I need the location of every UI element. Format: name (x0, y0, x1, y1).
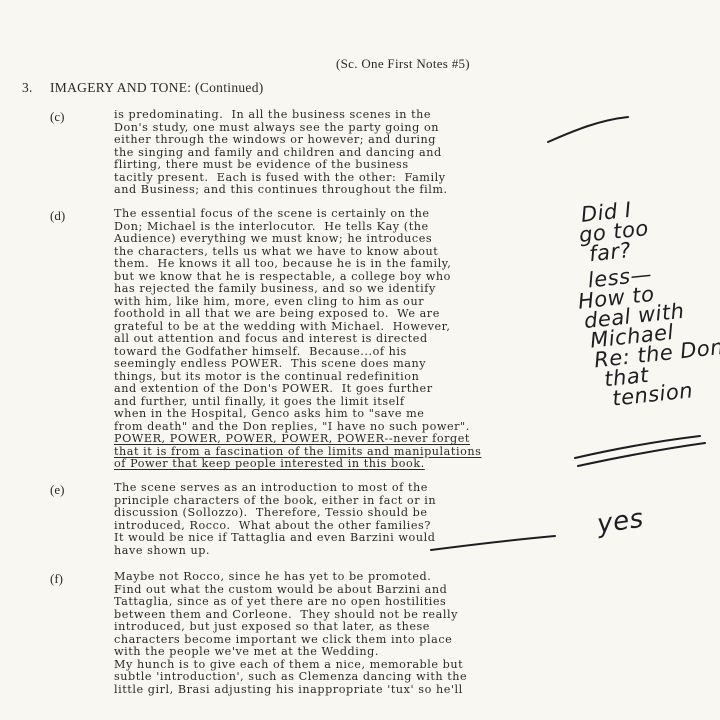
text-line: The scene serves as an introduction to m… (114, 482, 584, 495)
text-line: all out attention and focus and interest… (114, 333, 584, 346)
text-line: seemingly endless POWER. This scene does… (114, 358, 584, 371)
text-line: Maybe not Rocco, since he has yet to be … (114, 571, 584, 584)
section-heading: 3.IMAGERY AND TONE: (Continued) (22, 80, 264, 96)
page-header-note: (Sc. One First Notes #5) (336, 56, 470, 72)
text-line: has rejected the family business, and so… (114, 283, 584, 296)
handwritten-margin-note: Did I go too far? less— How to deal with… (580, 192, 720, 410)
text-line: with the people we've met at the Wedding… (114, 646, 584, 659)
text-line: and Business; and this continues through… (114, 184, 584, 197)
text-line: of Power that keep people interested in … (114, 458, 584, 471)
text-line: It would be nice if Tattaglia and even B… (114, 532, 584, 545)
text-line: and extention of the Don's POWER. It goe… (114, 383, 584, 396)
text-line: flirting, there must be evidence of the … (114, 159, 584, 172)
text-line: little girl, Brasi adjusting his inappro… (114, 684, 584, 697)
handwritten-yes-note: yes (596, 509, 645, 535)
text-line: discussion (Sollozzo). Therefore, Tessio… (114, 507, 584, 520)
paragraph-body: Maybe not Rocco, since he has yet to be … (114, 571, 584, 696)
text-line: when in the Hospital, Genco asks him to … (114, 408, 584, 421)
paragraph-label: (c) (50, 109, 64, 125)
text-line: foothold in all that we are being expose… (114, 308, 584, 321)
text-line: The essential focus of the scene is cert… (114, 208, 584, 221)
section-title: IMAGERY AND TONE: (Continued) (50, 80, 264, 95)
text-line: Audience) everything we must know; he in… (114, 233, 584, 246)
section-number: 3. (22, 80, 50, 96)
text-line: them. He knows it all too, because he is… (114, 258, 584, 271)
paragraph-body: The essential focus of the scene is cert… (114, 208, 584, 471)
text-line: subtle 'introduction', such as Clemenza … (114, 671, 584, 684)
text-line: introduced, but just exposed so that lat… (114, 621, 584, 634)
paragraph-body: is predominating. In all the business sc… (114, 109, 584, 197)
paragraph-label: (f) (50, 571, 63, 587)
text-line: is predominating. In all the business sc… (114, 109, 584, 122)
text-line: POWER, POWER, POWER, POWER, POWER--never… (114, 433, 584, 446)
text-line: Tattaglia, since as of yet there are no … (114, 596, 584, 609)
text-line: either through the windows or however; a… (114, 134, 584, 147)
document-page: (Sc. One First Notes #5) 3.IMAGERY AND T… (0, 0, 720, 720)
paragraph-body: The scene serves as an introduction to m… (114, 482, 584, 557)
paragraph-label: (d) (50, 208, 65, 224)
paragraph-label: (e) (50, 482, 64, 498)
text-line: have shown up. (114, 545, 584, 558)
